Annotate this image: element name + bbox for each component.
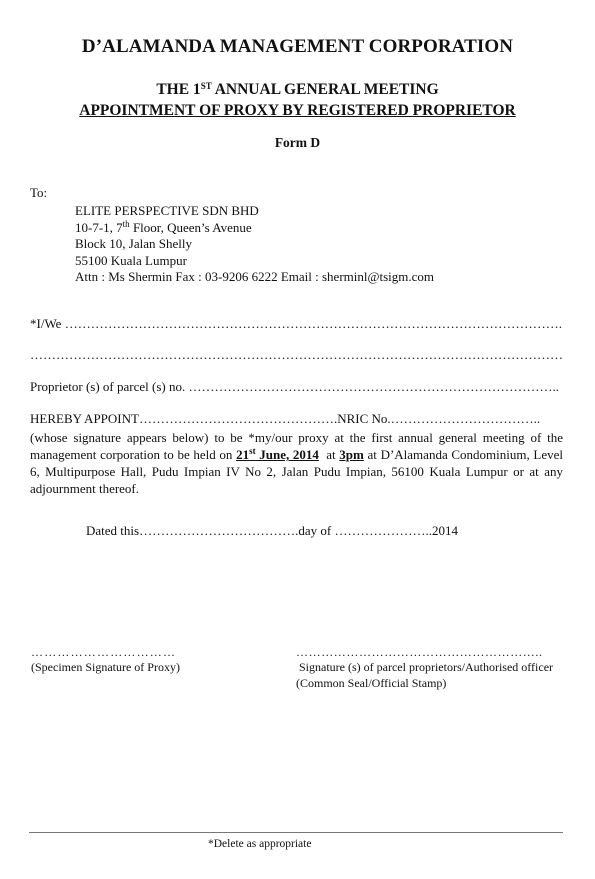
nric-dotted-line[interactable]: …………………………….. (391, 411, 541, 426)
form-label: Form D (0, 135, 595, 151)
meeting-time: 3pm (339, 447, 364, 462)
address-line1-suffix: Floor, Queen’s Avenue (130, 220, 252, 235)
appoint-dotted-line[interactable]: ………………………………………. (139, 411, 337, 426)
proprietor-field-row: Proprietor (s) of parcel (s) no. …………………… (30, 379, 563, 395)
recipient-address-line3: 55100 Kuala Lumpur (75, 253, 434, 270)
meeting-title-prefix: THE 1 (156, 81, 200, 98)
meeting-date-rest: June, 2014 (256, 447, 319, 462)
dated-year: 2014 (432, 523, 458, 538)
recipient-address-line1: 10-7-1, 7th Floor, Queen’s Avenue (75, 220, 434, 237)
proprietor-label: Proprietor (s) of parcel (s) no. (30, 379, 185, 394)
recipient-address: ELITE PERSPECTIVE SDN BHD 10-7-1, 7th Fl… (75, 203, 434, 286)
footer-divider (29, 832, 563, 833)
proxy-signature-label: (Specimen Signature of Proxy) (31, 659, 180, 675)
proprietor-signature-label: Signature (s) of parcel proprietors/Auth… (299, 659, 553, 675)
dated-middle: day of (298, 523, 334, 538)
footer-note: *Delete as appropriate (208, 836, 311, 852)
meeting-title-suffix: ANNUAL GENERAL MEETING (212, 81, 439, 98)
iwe-field-row: *I/We …………………………………………………………………………………………… (30, 316, 563, 332)
organization-title: D’ALAMANDA MANAGEMENT CORPORATION (0, 36, 595, 58)
to-label: To: (30, 185, 47, 201)
document-subtitle: APPOINTMENT OF PROXY BY REGISTERED PROPR… (0, 102, 595, 120)
recipient-address-line2: Block 10, Jalan Shelly (75, 236, 434, 253)
dated-month-dotted-line[interactable]: ………………….. (334, 523, 432, 538)
recipient-attn-line: Attn : Ms Shermin Fax : 03-9206 6222 Ema… (75, 269, 434, 286)
meeting-date: 21st June, 2014 (236, 447, 319, 462)
dated-prefix: Dated this (86, 523, 139, 538)
recipient-company: ELITE PERSPECTIVE SDN BHD (75, 203, 434, 220)
meeting-date-day: 21 (236, 447, 249, 462)
iwe-line2-row: …………………………………………………………………………………………………………… (30, 347, 563, 363)
appoint-field-row: HEREBY APPOINT……………………………………….NRIC No.……… (30, 411, 563, 427)
proprietor-dotted-line[interactable]: ………………………………………………………………………….. (188, 379, 559, 394)
proprietor-signature-line[interactable]: ………………………………………………….. (296, 644, 543, 660)
address-line1-sup: th (123, 219, 130, 229)
dated-row: Dated this……………………………….day of …………………..2… (86, 523, 458, 539)
appoint-label: HEREBY APPOINT (30, 411, 139, 426)
paragraph-at: at (319, 447, 339, 462)
meeting-title: THE 1ST ANNUAL GENERAL MEETING (0, 81, 595, 99)
iwe-dotted-line[interactable]: …………………………………………………………………………………………………….. (65, 316, 563, 331)
nric-label: NRIC No. (337, 411, 390, 426)
iwe-line2-dotted-line[interactable]: …………………………………………………………………………………………………………… (30, 347, 563, 362)
proxy-paragraph: (whose signature appears below) to be *m… (30, 429, 563, 497)
official-stamp-label: (Common Seal/Official Stamp) (296, 675, 446, 691)
address-line1-prefix: 10-7-1, 7 (75, 220, 123, 235)
dated-day-dotted-line[interactable]: ………………………………. (139, 523, 298, 538)
meeting-ordinal-sup: ST (201, 81, 212, 91)
iwe-label: *I/We (30, 316, 61, 331)
proxy-signature-line[interactable]: …………………………… (31, 644, 176, 660)
